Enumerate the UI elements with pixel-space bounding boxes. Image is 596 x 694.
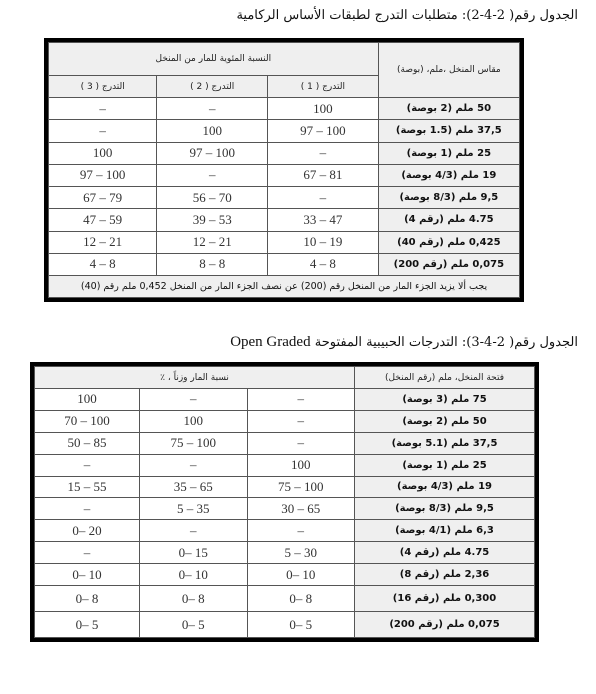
value-cell: –	[268, 187, 379, 209]
value-cell: 100	[49, 142, 157, 164]
table-row: 25 ملم (1 بوصة) – 100 – 97 100	[49, 142, 520, 164]
sieve-cell: 9,5 ملم (8/3 بوصة)	[378, 187, 519, 209]
value-cell: 10 –0	[35, 564, 140, 586]
value-cell: –	[247, 410, 355, 432]
value-cell: –	[49, 98, 157, 120]
sieve-cell: 0,425 ملم (رقم 40)	[378, 231, 519, 253]
sieve-cell: 50 ملم (2 بوصة)	[378, 98, 519, 120]
value-cell: –	[35, 542, 140, 564]
value-cell: –	[247, 432, 355, 454]
sieve-cell: 25 ملم (1 بوصة)	[355, 454, 535, 476]
value-cell: 8 –0	[247, 586, 355, 612]
sieve-cell: 0,075 ملم (رقم 200)	[355, 612, 535, 638]
table-row: 2,36 ملم (رقم 8) 10 –0 10 –0 10 –0	[35, 564, 535, 586]
value-cell: 5 –0	[247, 612, 355, 638]
table-row: 19 ملم (4/3 بوصة) 81 – 67 – 100 – 97	[49, 164, 520, 186]
sieve-size-header: مقاس المنخل ،ملم، (بوصة)	[378, 43, 519, 98]
sieve-cell: 9,5 ملم (8/3 بوصة)	[355, 498, 535, 520]
value-cell: 59 – 47	[49, 209, 157, 231]
value-cell: –	[35, 498, 140, 520]
sieve-cell: 0,300 ملم (رقم 16)	[355, 586, 535, 612]
value-cell: 15 –0	[140, 542, 248, 564]
value-cell: 65 – 35	[140, 476, 248, 498]
value-cell: –	[268, 142, 379, 164]
table-row: 6,3 ملم (4/1 بوصة) – – 20 –0	[35, 520, 535, 542]
value-cell: –	[140, 520, 248, 542]
value-cell: 70 – 56	[157, 187, 268, 209]
grade-1-header: التدرج ( 1 )	[268, 76, 379, 98]
sieve-cell: 19 ملم (4/3 بوصة)	[378, 164, 519, 186]
value-cell: 8 –0	[35, 586, 140, 612]
sieve-opening-header: فتحة المنخل، ملم (رقم المنخل)	[355, 367, 535, 389]
value-cell: –	[49, 120, 157, 142]
percent-passing-header: النسبة المئوية للمار من المنخل	[49, 43, 379, 76]
sieve-cell: 4.75 ملم (رقم 4)	[378, 209, 519, 231]
value-cell: 10 –0	[247, 564, 355, 586]
table1-gradation-requirements: مقاس المنخل ،ملم، (بوصة) النسبة المئوية …	[44, 38, 524, 302]
value-cell: –	[247, 520, 355, 542]
table-row: 37,5 ملم (5.1 بوصة) – 100 – 75 85 – 50	[35, 432, 535, 454]
value-cell: –	[140, 454, 248, 476]
sieve-cell: 25 ملم (1 بوصة)	[378, 142, 519, 164]
value-cell: 100	[157, 120, 268, 142]
table-row: 9,5 ملم (8/3 بوصة) – 70 – 56 79 – 67	[49, 187, 520, 209]
value-cell: 100	[140, 410, 248, 432]
table2-open-graded: فتحة المنخل، ملم (رقم المنخل) نسبة المار…	[30, 362, 539, 642]
value-cell: 100 – 70	[35, 410, 140, 432]
sieve-cell: 50 ملم (2 بوصة)	[355, 410, 535, 432]
value-cell: 85 – 50	[35, 432, 140, 454]
value-cell: 65 – 30	[247, 498, 355, 520]
value-cell: 21 – 12	[157, 231, 268, 253]
table-row: 0,425 ملم (رقم 40) 19 – 10 21 – 12 21 – …	[49, 231, 520, 253]
table-row: 37,5 ملم (1.5 بوصة) 100 – 97 100 –	[49, 120, 520, 142]
value-cell: 21 – 12	[49, 231, 157, 253]
value-cell: 100 – 75	[247, 476, 355, 498]
table-row: 25 ملم (1 بوصة) 100 – –	[35, 454, 535, 476]
value-cell: 55 – 15	[35, 476, 140, 498]
value-cell: 47 – 33	[268, 209, 379, 231]
value-cell: 100 – 97	[268, 120, 379, 142]
value-cell: 20 –0	[35, 520, 140, 542]
table-row: 75 ملم (3 بوصة) – – 100	[35, 389, 535, 411]
table1-note: يجب ألا يزيد الجزء المار من المنخل رقم (…	[49, 276, 520, 298]
value-cell: 79 – 67	[49, 187, 157, 209]
value-cell: –	[247, 389, 355, 411]
sieve-cell: 2,36 ملم (رقم 8)	[355, 564, 535, 586]
value-cell: –	[157, 98, 268, 120]
value-cell: 81 – 67	[268, 164, 379, 186]
value-cell: 100 – 97	[49, 164, 157, 186]
value-cell: 100	[35, 389, 140, 411]
table1-caption-text: الجدول رقم( 2-4-2): متطلبات التدرج لطبقا…	[236, 8, 578, 23]
table-row: 4.75 ملم (رقم 4) 47 – 33 53 – 39 59 – 47	[49, 209, 520, 231]
table-row: 4.75 ملم (رقم 4) 30 – 5 15 –0 –	[35, 542, 535, 564]
value-cell: 8 – 8	[157, 253, 268, 275]
sieve-cell: 0,075 ملم (رقم 200)	[378, 253, 519, 275]
value-cell: 8 –0	[140, 586, 248, 612]
sieve-cell: 19 ملم (4/3 بوصة)	[355, 476, 535, 498]
table-row: 9,5 ملم (8/3 بوصة) 65 – 30 35 – 5 –	[35, 498, 535, 520]
sieve-cell: 37,5 ملم (1.5 بوصة)	[378, 120, 519, 142]
value-cell: 30 – 5	[247, 542, 355, 564]
value-cell: –	[140, 389, 248, 411]
table-row: 50 ملم (2 بوصة) – 100 100 – 70	[35, 410, 535, 432]
percent-passing-weight-header: نسبة المار وزناً ، ٪	[35, 367, 355, 389]
table-row: 0,075 ملم (رقم 200) 8 – 4 8 – 8 8 – 4	[49, 253, 520, 275]
value-cell: 100	[268, 98, 379, 120]
value-cell: 53 – 39	[157, 209, 268, 231]
value-cell: –	[157, 164, 268, 186]
value-cell: –	[35, 454, 140, 476]
value-cell: 19 – 10	[268, 231, 379, 253]
table-row: 0,075 ملم (رقم 200) 5 –0 5 –0 5 –0	[35, 612, 535, 638]
value-cell: 100 – 97	[157, 142, 268, 164]
grade-3-header: التدرج ( 3 )	[49, 76, 157, 98]
sieve-cell: 37,5 ملم (5.1 بوصة)	[355, 432, 535, 454]
sieve-cell: 6,3 ملم (4/1 بوصة)	[355, 520, 535, 542]
table2-caption: الجدول رقم( 2-4-3): التدرجات الحبيبية ال…	[230, 334, 578, 351]
table2-caption-english: Open Graded	[230, 334, 310, 350]
table2-caption-text: الجدول رقم( 2-4-3): التدرجات الحبيبية ال…	[315, 335, 578, 350]
table-row: 19 ملم (4/3 بوصة) 100 – 75 65 – 35 55 – …	[35, 476, 535, 498]
value-cell: 8 – 4	[49, 253, 157, 275]
value-cell: 35 – 5	[140, 498, 248, 520]
table1-caption: الجدول رقم( 2-4-2): متطلبات التدرج لطبقا…	[236, 8, 578, 23]
value-cell: 10 –0	[140, 564, 248, 586]
table-row: 0,300 ملم (رقم 16) 8 –0 8 –0 8 –0	[35, 586, 535, 612]
grade-2-header: التدرج ( 2 )	[157, 76, 268, 98]
value-cell: 8 – 4	[268, 253, 379, 275]
value-cell: 100	[247, 454, 355, 476]
sieve-cell: 75 ملم (3 بوصة)	[355, 389, 535, 411]
sieve-cell: 4.75 ملم (رقم 4)	[355, 542, 535, 564]
value-cell: 100 – 75	[140, 432, 248, 454]
value-cell: 5 –0	[35, 612, 140, 638]
table-row: 50 ملم (2 بوصة) 100 – –	[49, 98, 520, 120]
value-cell: 5 –0	[140, 612, 248, 638]
